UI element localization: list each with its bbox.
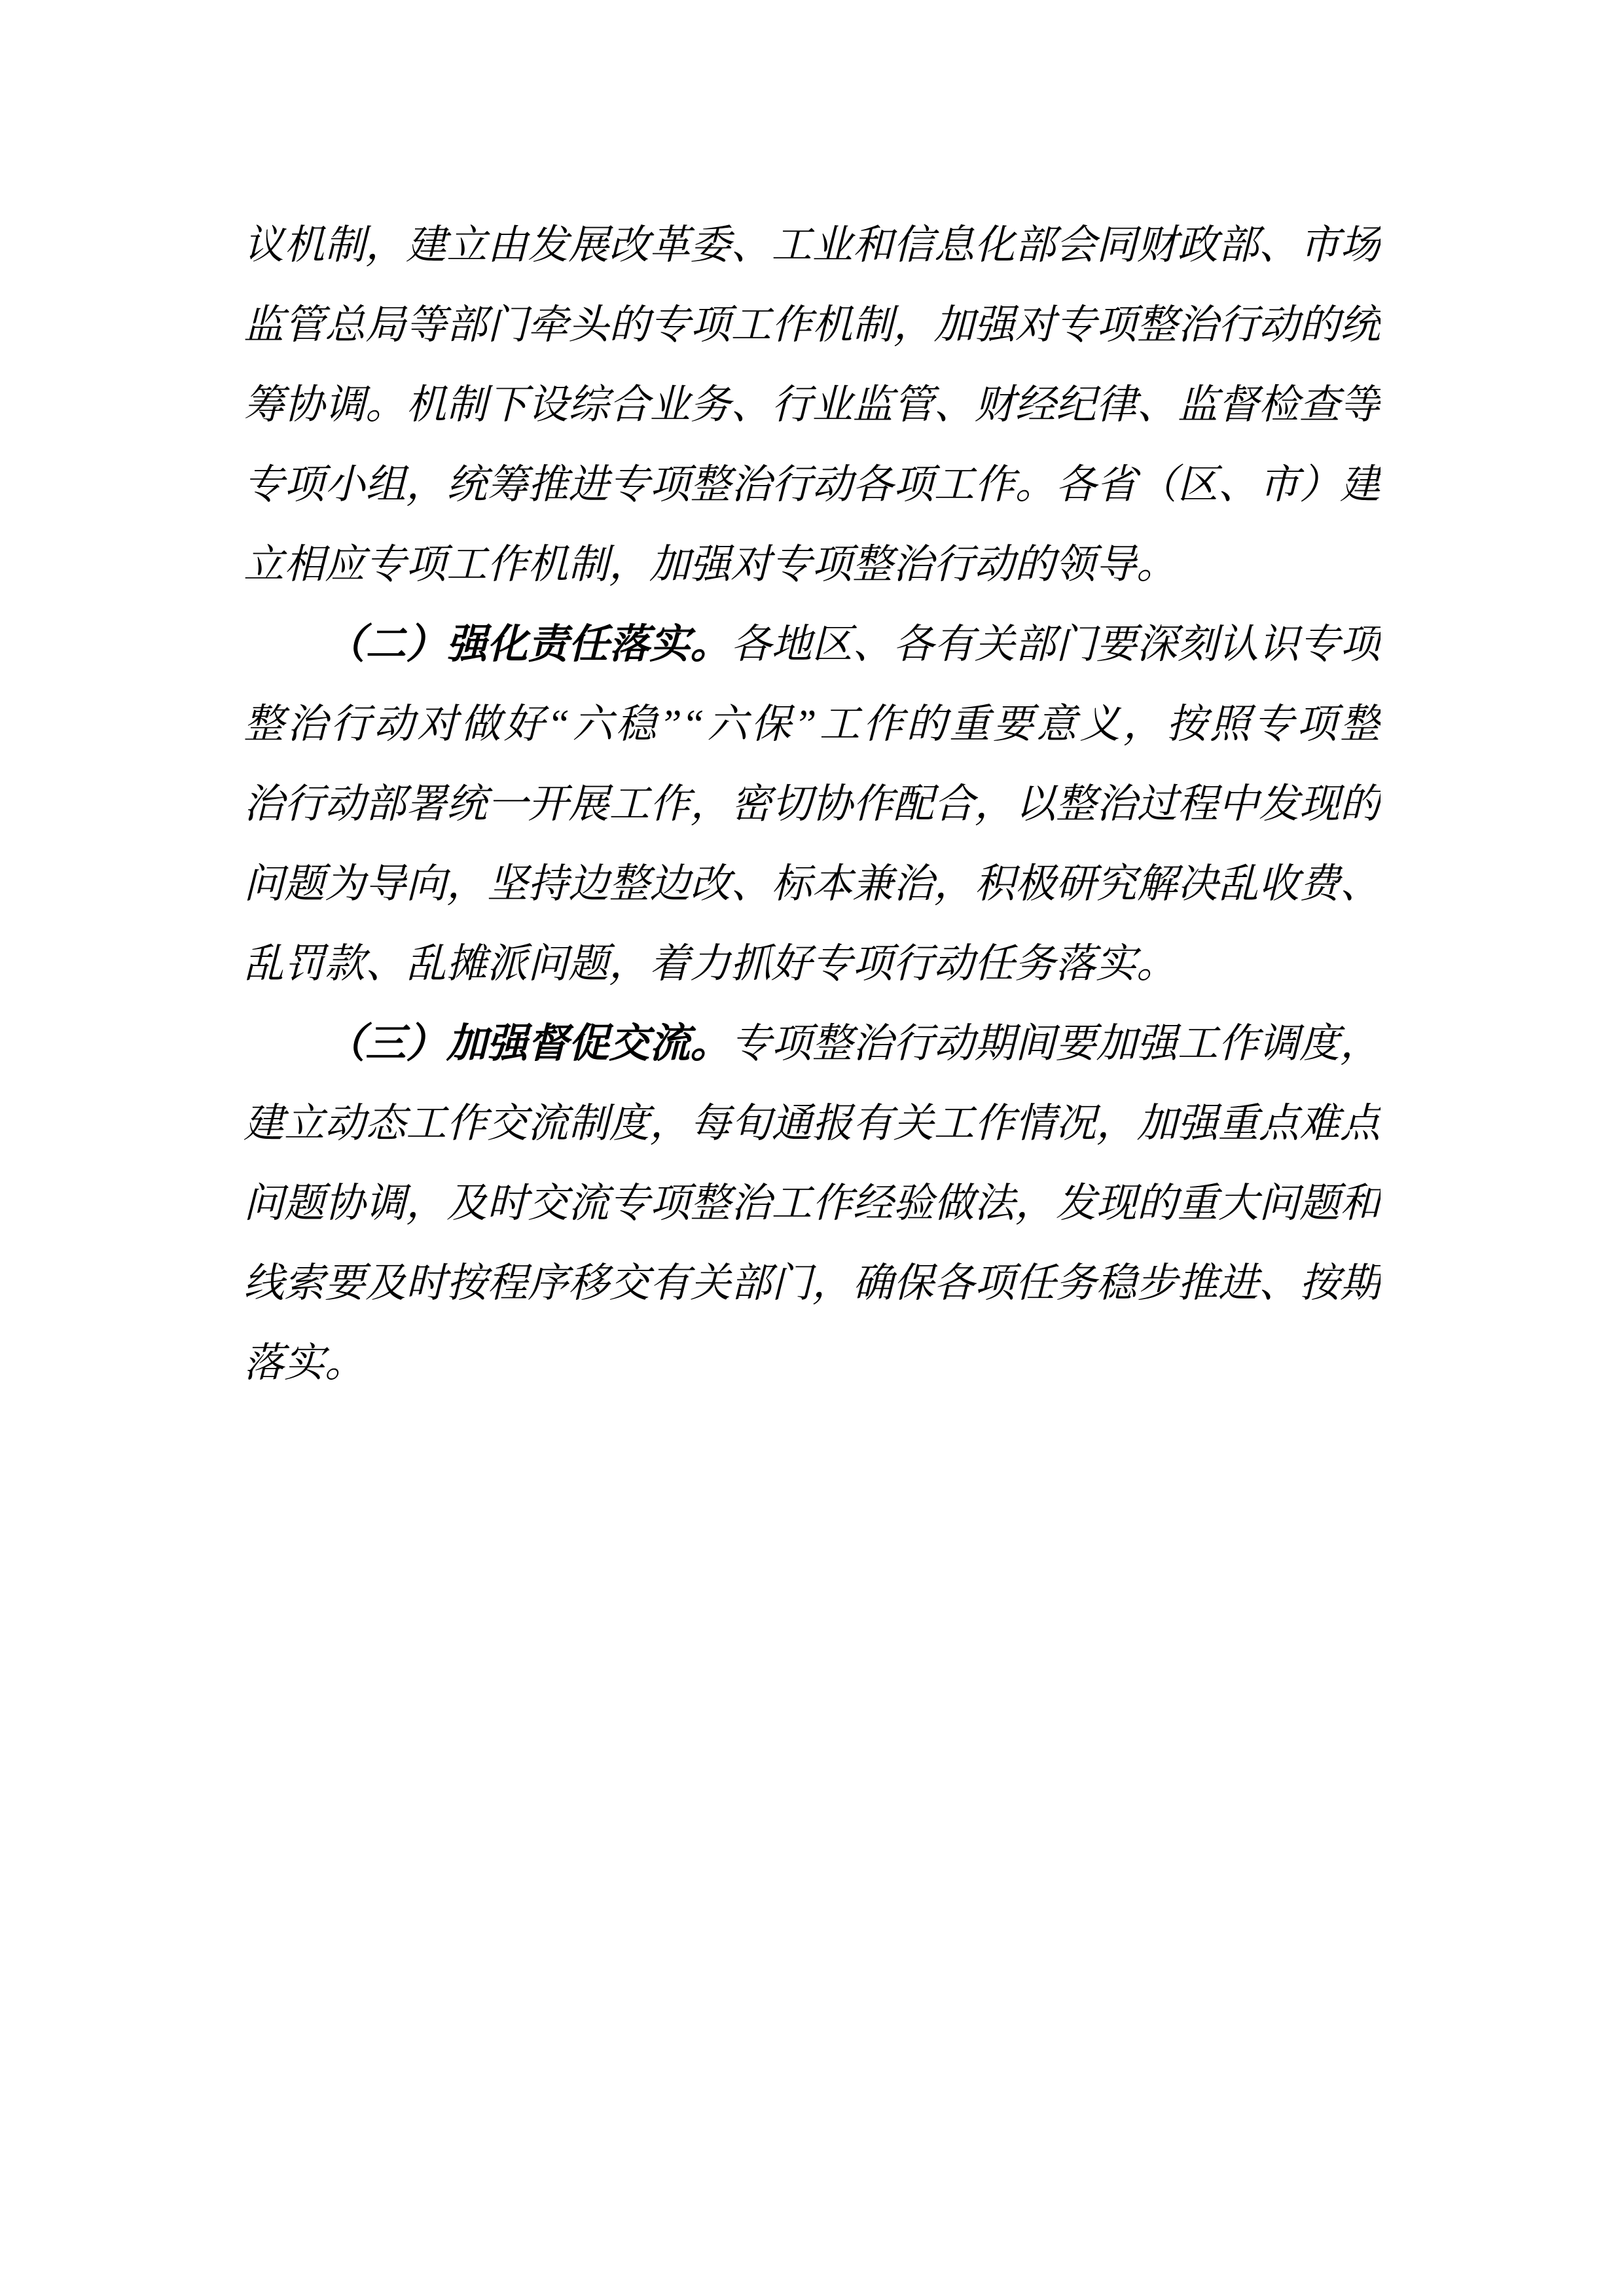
text-block: 议机制，建立由发展改革委、工业和信息化部会同财政部、市场监管总局等部门牵头的专项… xyxy=(244,206,1380,1403)
text-segment: 各地区、各有关部门要深刻认识专项 xyxy=(731,622,1380,667)
text-line: （二）强化责任落实。各地区、各有关部门要深刻认识专项 xyxy=(244,605,1380,685)
text-segment: 筹协调。机制下设综合业务、行业监管、财经纪律、监督检查等 xyxy=(244,383,1380,427)
text-segment: 专项小组，统筹推进专项整治行动各项工作。各省（区、市）建 xyxy=(244,463,1380,507)
text-line: 整治行动对做好“六稳”“六保”工作的重要意义，按照专项整 xyxy=(244,685,1380,764)
text-line: 立相应专项工作机制，加强对专项整治行动的领导。 xyxy=(244,525,1380,605)
text-line: 线索要及时按程序移交有关部门，确保各项任务稳步推进、按期 xyxy=(244,1244,1380,1323)
text-segment: 乱罚款、乱摊派问题，着力抓好专项行动任务落实。 xyxy=(244,942,1177,986)
text-line: （三）加强督促交流。专项整治行动期间要加强工作调度， xyxy=(244,1004,1380,1084)
text-segment: 专项整治行动期间要加强工作调度， xyxy=(731,1022,1380,1066)
text-line: 议机制，建立由发展改革委、工业和信息化部会同财政部、市场 xyxy=(244,206,1380,285)
bold-heading-segment: （二）强化责任落实。 xyxy=(325,622,731,667)
document-page: 议机制，建立由发展改革委、工业和信息化部会同财政部、市场监管总局等部门牵头的专项… xyxy=(0,0,1624,2296)
text-segment: 问题协调，及时交流专项整治工作经验做法，发现的重大问题和 xyxy=(244,1181,1380,1226)
text-segment: 整治行动对做好“六稳”“六保”工作的重要意义，按照专项整 xyxy=(244,702,1380,747)
text-segment: 线索要及时按程序移交有关部门，确保各项任务稳步推进、按期 xyxy=(244,1261,1380,1306)
text-line: 落实。 xyxy=(244,1323,1380,1403)
text-line: 监管总局等部门牵头的专项工作机制，加强对专项整治行动的统 xyxy=(244,285,1380,365)
text-line: 问题协调，及时交流专项整治工作经验做法，发现的重大问题和 xyxy=(244,1164,1380,1244)
text-line: 乱罚款、乱摊派问题，着力抓好专项行动任务落实。 xyxy=(244,924,1380,1004)
text-segment: 落实。 xyxy=(244,1341,365,1386)
text-segment: 治行动部署统一开展工作，密切协作配合，以整治过程中发现的 xyxy=(244,782,1380,827)
text-segment: 立相应专项工作机制，加强对专项整治行动的领导。 xyxy=(244,543,1177,587)
text-segment: 议机制，建立由发展改革委、工业和信息化部会同财政部、市场 xyxy=(244,223,1380,268)
text-line: 建立动态工作交流制度，每旬通报有关工作情况，加强重点难点 xyxy=(244,1084,1380,1164)
text-line: 治行动部署统一开展工作，密切协作配合，以整治过程中发现的 xyxy=(244,764,1380,844)
text-line: 专项小组，统筹推进专项整治行动各项工作。各省（区、市）建 xyxy=(244,445,1380,525)
text-line: 问题为导向，坚持边整边改、标本兼治，积极研究解决乱收费、 xyxy=(244,844,1380,924)
text-segment: 建立动态工作交流制度，每旬通报有关工作情况，加强重点难点 xyxy=(244,1102,1380,1146)
bold-heading-segment: （三）加强督促交流。 xyxy=(325,1022,731,1066)
text-line: 筹协调。机制下设综合业务、行业监管、财经纪律、监督检查等 xyxy=(244,365,1380,445)
text-segment: 问题为导向，坚持边整边改、标本兼治，积极研究解决乱收费、 xyxy=(244,862,1380,906)
text-segment: 监管总局等部门牵头的专项工作机制，加强对专项整治行动的统 xyxy=(244,303,1380,348)
